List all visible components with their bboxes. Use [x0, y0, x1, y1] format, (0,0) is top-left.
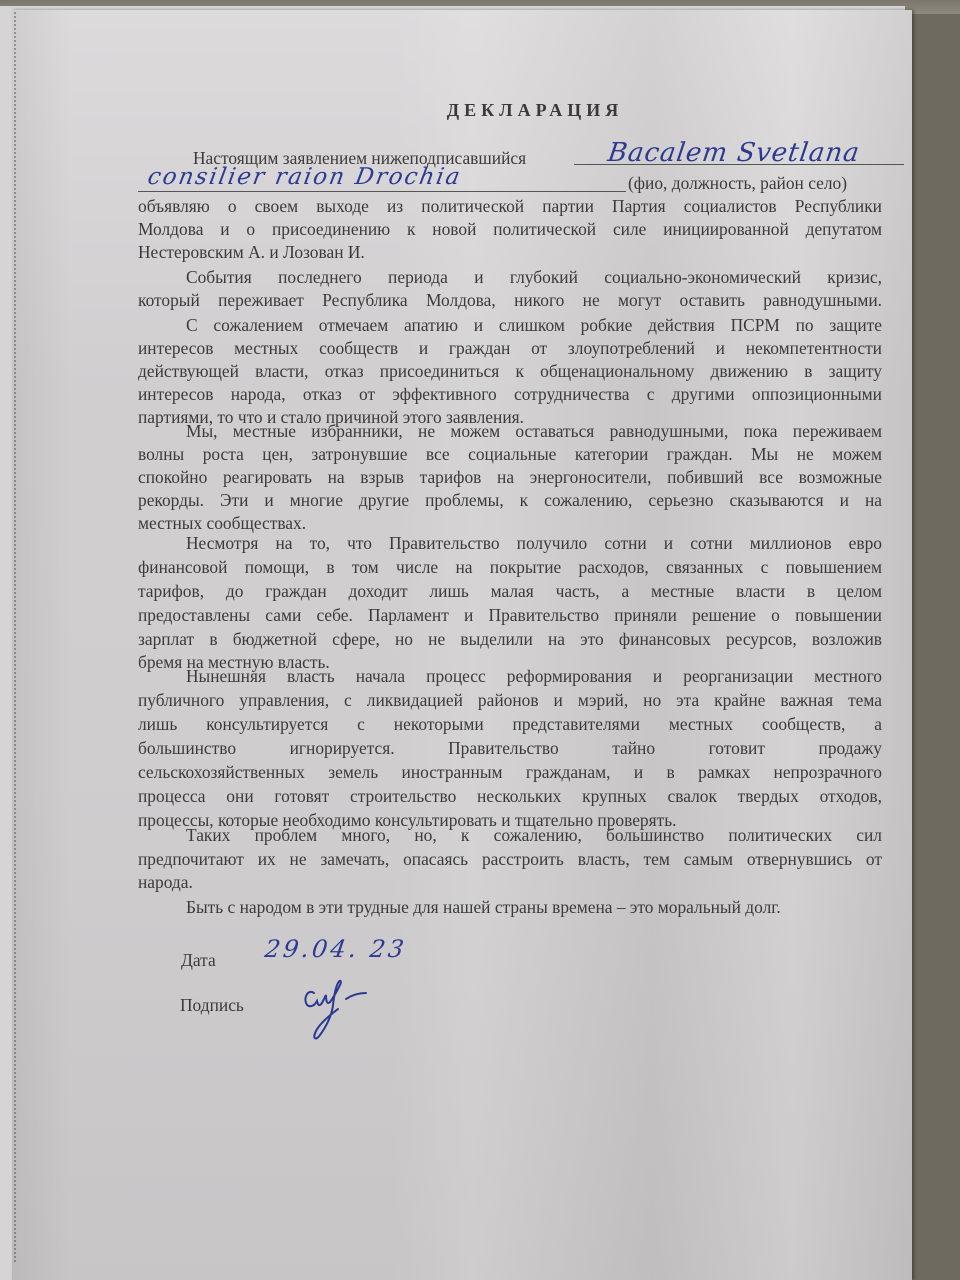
- text-line: С сожалением отмечаем апатию и слишком р…: [186, 314, 882, 336]
- text-line: интересов местных сообществ и граждан от…: [138, 337, 882, 359]
- document-title: ДЕКЛАРАЦИЯ: [0, 100, 960, 121]
- text-line: объявляю о своем выходе из политической …: [138, 195, 882, 217]
- text-line: большинство игнорируется. Правительство …: [138, 737, 882, 759]
- text-line: Мы, местные избранники, не можем остават…: [186, 420, 882, 442]
- text-line: тарифов, до граждан доходит лишь малая ч…: [138, 580, 882, 602]
- text-line: Таких проблем много, но, к сожалению, бо…: [186, 824, 882, 846]
- field-hint: (фио, должность, район село): [628, 173, 847, 194]
- text-line: волны роста цен, затронувшие все социаль…: [138, 443, 882, 465]
- text-line: сельскохозяйственных земель иностранным …: [138, 761, 882, 783]
- declaration-document: ДЕКЛАРАЦИЯ Настоящим заявлением нижеподп…: [0, 0, 960, 1280]
- text-line: действующей власти, отказ присоединиться…: [138, 360, 882, 382]
- handwritten-position: consilier raion Drochia: [146, 164, 464, 190]
- text-line: зарплат в бюджетной сфере, но не выделил…: [138, 628, 882, 650]
- text-line: рекорды. Эти и многие другие проблемы, к…: [138, 489, 882, 511]
- text-line: Молдова и о присоединению к новой полити…: [138, 218, 882, 240]
- handwritten-date: 29.04. 23: [263, 935, 408, 963]
- text-line: предоставлены сами себе. Парламент и Пра…: [138, 604, 882, 626]
- text-line: народа.: [138, 871, 882, 893]
- text-line: публичного управления, с ликвидацией рай…: [138, 689, 882, 711]
- text-line: процесса они готовят строительство неско…: [138, 785, 882, 807]
- text-line: лишь консультируется с некоторыми предст…: [138, 713, 882, 735]
- handwritten-name: Bacalem Svetlana: [606, 138, 862, 168]
- text-line: спокойно реагировать на взрыв тарифов на…: [138, 466, 882, 488]
- text-line: предпочитают их не замечать, опасаясь ра…: [138, 848, 882, 870]
- signature-label: Подпись: [180, 995, 244, 1016]
- signature-icon: [300, 975, 390, 1045]
- text-line: местных сообществах.: [138, 512, 882, 534]
- text-line: который переживает Республика Молдова, н…: [138, 289, 882, 311]
- text-line: События последнего периода и глубокий со…: [186, 266, 882, 288]
- text-line: финансовой помощи, в том числе на покрыт…: [138, 556, 882, 578]
- text-line: интересов народа, отказ от эффективного …: [138, 383, 882, 405]
- text-line: Нестеровским А. и Лозован И.: [138, 241, 882, 263]
- text-line: Несмотря на то, что Правительство получи…: [186, 532, 882, 554]
- date-label: Дата: [181, 950, 216, 971]
- text-line: Нынешняя власть начала процесс реформиро…: [186, 665, 882, 687]
- text-line: Быть с народом в эти трудные для нашей с…: [186, 896, 882, 918]
